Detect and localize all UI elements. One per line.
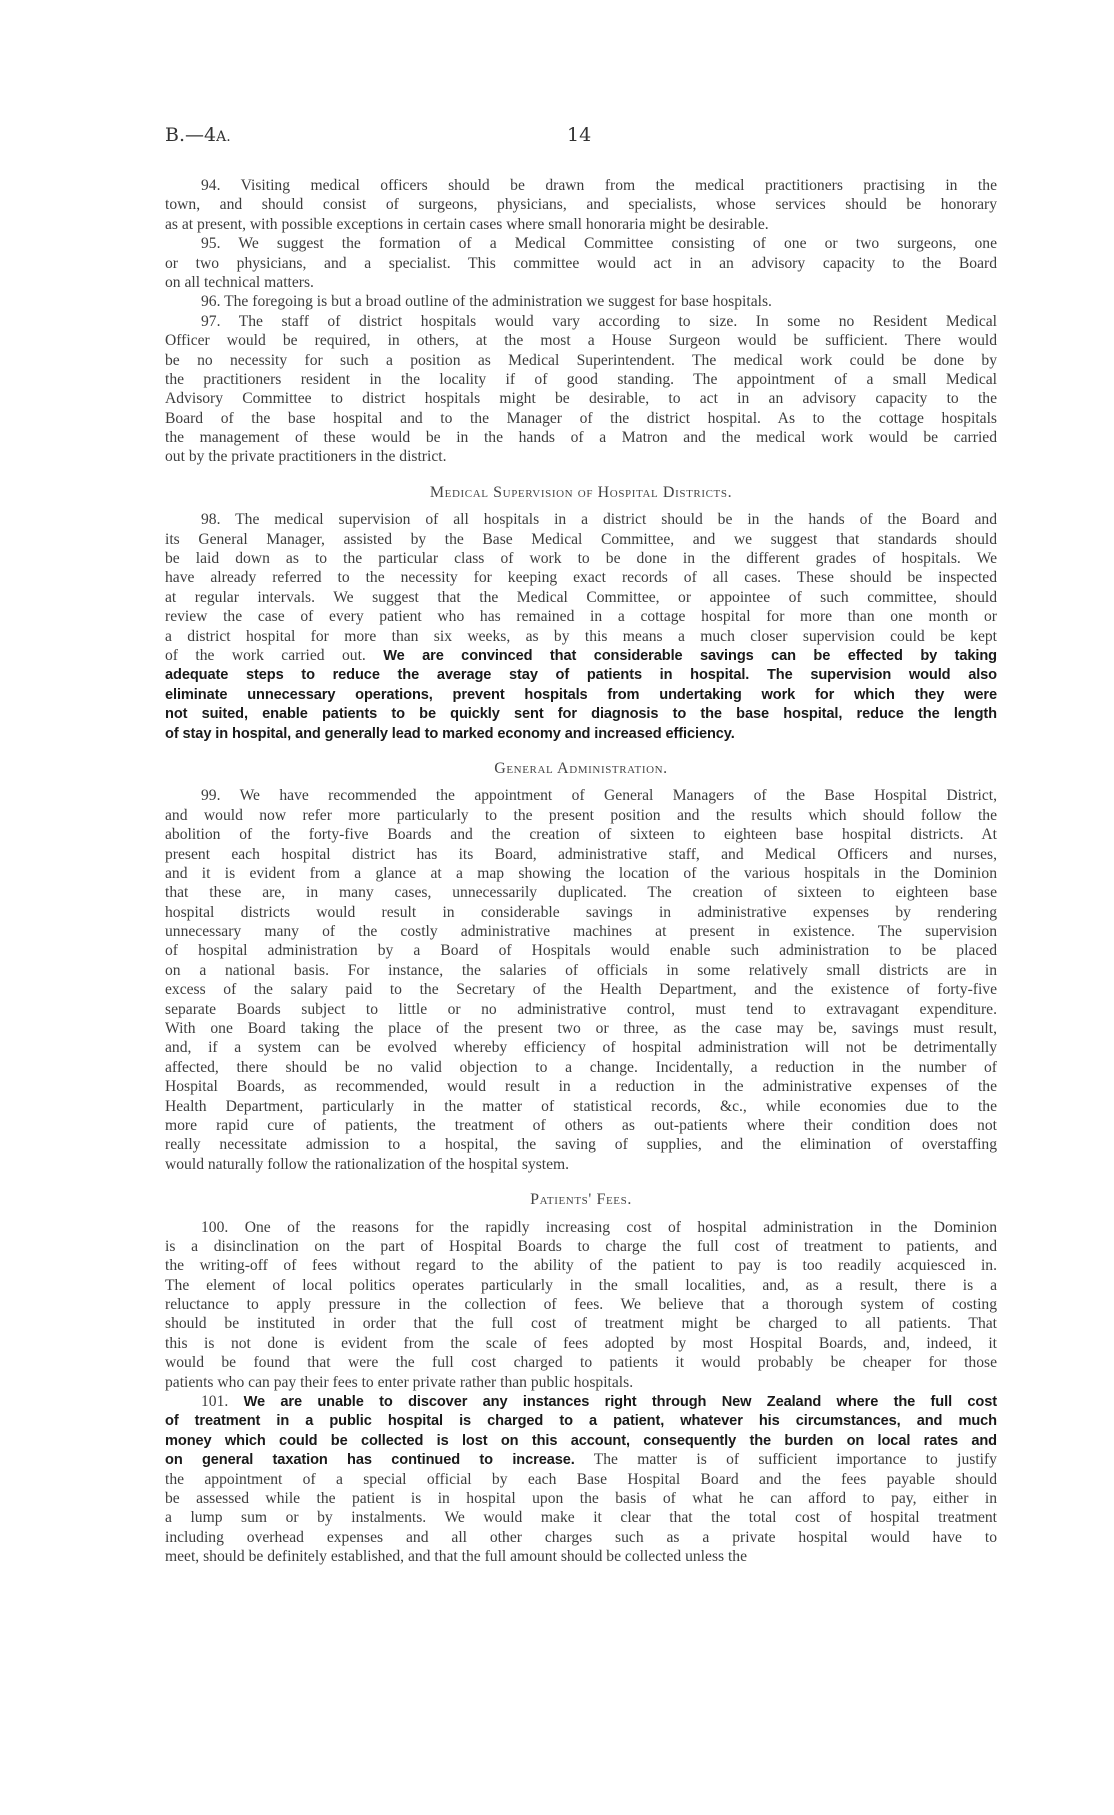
text-line: 99. We have recommended the appointment … [165, 786, 997, 805]
text-line: on general taxation has continued to inc… [165, 1450, 997, 1469]
text-line: hospital districts would result in consi… [165, 903, 997, 922]
text-line: that these are, in many cases, unnecessa… [165, 883, 997, 902]
text-line: adequate steps to reduce the average sta… [165, 665, 997, 684]
paragraph-94: 94. Visiting medical officers should be … [165, 176, 997, 234]
body-text: 99. We have recommended the appointment … [201, 787, 997, 804]
text-line: 101. We are unable to discover any insta… [165, 1392, 997, 1411]
body-text: affected, there should be no valid objec… [165, 1059, 997, 1076]
body-text: its General Manager, assisted by the Bas… [165, 531, 997, 548]
text-line: review the case of every patient who has… [165, 607, 997, 626]
section-heading: Patients' Fees. [165, 1190, 997, 1209]
text-line: The element of local politics operates p… [165, 1276, 997, 1295]
body-text: the practitioners resident in the locali… [165, 371, 997, 388]
body-text: Board of the base hospital and to the Ma… [165, 410, 997, 427]
body-text: at regular intervals. We suggest that th… [165, 589, 997, 606]
text-line: have already referred to the necessity f… [165, 568, 997, 587]
body-text: that these are, in many cases, unnecessa… [165, 884, 997, 901]
text-line: 96. The foregoing is but a broad outline… [165, 292, 997, 311]
body-text: of the work carried out. [165, 647, 383, 664]
text-line: Officer would be required, in others, at… [165, 331, 997, 350]
body-text: Advisory Committee to district hospitals… [165, 390, 997, 407]
body-text: Officer would be required, in others, at… [165, 332, 997, 349]
text-line: and would now refer more particularly to… [165, 806, 997, 825]
body-text: The element of local politics operates p… [165, 1277, 997, 1294]
body-text: on a national basis. For instance, the s… [165, 962, 997, 979]
text-line: present each hospital district has its B… [165, 845, 997, 864]
body-text: more rapid cure of patients, the treatme… [165, 1117, 997, 1134]
body-text: unnecessary many of the costly administr… [165, 923, 997, 940]
text-line: should be instituted in order that the f… [165, 1314, 997, 1333]
body-text: would naturally follow the rationalizati… [165, 1156, 569, 1173]
body-text: and it is evident from a glance at a map… [165, 865, 997, 882]
text-line: not suited, enable patients to be quickl… [165, 704, 997, 723]
emphasized-text: We are unable to discover any instances … [244, 1394, 997, 1410]
text-line: Advisory Committee to district hospitals… [165, 389, 997, 408]
text-line: this is not done is evident from the sca… [165, 1334, 997, 1353]
body-text: be assessed while the patient is in hosp… [165, 1490, 997, 1507]
text-line: is a disinclination on the part of Hospi… [165, 1237, 997, 1256]
text-line: out by the private practitioners in the … [165, 447, 997, 466]
body-text: a district hospital for more than six we… [165, 628, 997, 645]
emphasized-text: money which could be collected is lost o… [165, 1433, 997, 1449]
text-line: be no necessity for such a position as M… [165, 351, 997, 370]
body-text: reluctance to apply pressure in the coll… [165, 1296, 997, 1313]
body-text: would be found that were the full cost c… [165, 1354, 997, 1371]
emphasized-text: eliminate unnecessary operations, preven… [165, 687, 997, 703]
paragraph-96: 96. The foregoing is but a broad outline… [165, 292, 997, 311]
emphasized-text: of stay in hospital, and generally lead … [165, 726, 735, 742]
paragraph-100: 100. One of the reasons for the rapidly … [165, 1218, 997, 1393]
body-text: 95. We suggest the formation of a Medica… [201, 235, 997, 252]
text-line: including overhead expenses and all othe… [165, 1528, 997, 1547]
text-line: reluctance to apply pressure in the coll… [165, 1295, 997, 1314]
text-line: Board of the base hospital and to the Ma… [165, 409, 997, 428]
body-text: Health Department, particularly in the m… [165, 1098, 997, 1115]
text-line: meet, should be definitely established, … [165, 1547, 997, 1566]
text-line: separate Boards subject to little or no … [165, 1000, 997, 1019]
text-line: affected, there should be no valid objec… [165, 1058, 997, 1077]
body-text: the writing-off of fees without regard t… [165, 1257, 997, 1274]
text-line: on all technical matters. [165, 273, 997, 292]
text-line: and it is evident from a glance at a map… [165, 864, 997, 883]
text-line: Hospital Boards, as recommended, would r… [165, 1077, 997, 1096]
text-line: Health Department, particularly in the m… [165, 1097, 997, 1116]
text-line: be laid down as to the particular class … [165, 549, 997, 568]
body-text: 98. The medical supervision of all hospi… [201, 511, 997, 528]
body-text: 100. One of the reasons for the rapidly … [201, 1219, 997, 1236]
document-reference-suffix: A. [216, 129, 231, 145]
emphasized-text: not suited, enable patients to be quickl… [165, 706, 997, 722]
text-line: 94. Visiting medical officers should be … [165, 176, 997, 195]
text-line: would naturally follow the rationalizati… [165, 1155, 997, 1174]
text-line: money which could be collected is lost o… [165, 1431, 997, 1450]
emphasized-text: We are convinced that considerable savin… [383, 648, 997, 664]
document-reference-main: B.—4 [165, 124, 216, 146]
text-line: unnecessary many of the costly administr… [165, 922, 997, 941]
document-body: 94. Visiting medical officers should be … [165, 176, 997, 1567]
body-text: patients who can pay their fees to enter… [165, 1374, 633, 1391]
body-text: is a disinclination on the part of Hospi… [165, 1238, 997, 1255]
body-text: have already referred to the necessity f… [165, 569, 997, 586]
body-text: as at present, with possible exceptions … [165, 216, 769, 233]
body-text: including overhead expenses and all othe… [165, 1529, 997, 1546]
paragraph-98: 98. The medical supervision of all hospi… [165, 510, 997, 743]
emphasized-text: of treatment in a public hospital is cha… [165, 1413, 997, 1429]
paragraph-99: 99. We have recommended the appointment … [165, 786, 997, 1174]
text-line: more rapid cure of patients, the treatme… [165, 1116, 997, 1135]
section-heading: General Administration. [165, 759, 997, 778]
page-number: 14 [567, 124, 591, 146]
document-page: B.—4A. 14 94. Visiting medical officers … [0, 0, 1114, 1815]
body-text: 94. Visiting medical officers should be … [201, 177, 997, 194]
body-text: be laid down as to the particular class … [165, 550, 997, 567]
body-text: hospital districts would result in consi… [165, 904, 997, 921]
text-line: the management of these would be in the … [165, 428, 997, 447]
body-text: 96. The foregoing is but a broad outline… [201, 293, 772, 310]
body-text: and, if a system can be evolved whereby … [165, 1039, 997, 1056]
body-text: present each hospital district has its B… [165, 846, 997, 863]
text-line: With one Board taking the place of the p… [165, 1019, 997, 1038]
text-line: the writing-off of fees without regard t… [165, 1256, 997, 1275]
body-text: on all technical matters. [165, 274, 314, 291]
body-text: With one Board taking the place of the p… [165, 1020, 997, 1037]
text-line: of stay in hospital, and generally lead … [165, 724, 997, 743]
text-line: its General Manager, assisted by the Bas… [165, 530, 997, 549]
text-line: abolition of the forty-five Boards and t… [165, 825, 997, 844]
text-line: patients who can pay their fees to enter… [165, 1373, 997, 1392]
body-text: excess of the salary paid to the Secreta… [165, 981, 997, 998]
text-line: 100. One of the reasons for the rapidly … [165, 1218, 997, 1237]
body-text: be no necessity for such a position as M… [165, 352, 997, 369]
body-text: town, and should consist of surgeons, ph… [165, 196, 997, 213]
body-text: out by the private practitioners in the … [165, 448, 446, 465]
body-text: meet, should be definitely established, … [165, 1548, 747, 1565]
text-line: would be found that were the full cost c… [165, 1353, 997, 1372]
text-line: a lump sum or by instalments. We would m… [165, 1508, 997, 1527]
text-line: 97. The staff of district hospitals woul… [165, 312, 997, 331]
text-line: of treatment in a public hospital is cha… [165, 1411, 997, 1430]
body-text: or two physicians, and a specialist. Thi… [165, 255, 997, 272]
body-text: should be instituted in order that the f… [165, 1315, 997, 1332]
paragraph-95: 95. We suggest the formation of a Medica… [165, 234, 997, 292]
text-line: and, if a system can be evolved whereby … [165, 1038, 997, 1057]
document-reference: B.—4A. [165, 124, 231, 146]
emphasized-text: on general taxation has continued to inc… [165, 1452, 575, 1468]
body-text: abolition of the forty-five Boards and t… [165, 826, 997, 843]
text-line: the appointment of a special official by… [165, 1470, 997, 1489]
body-text: the management of these would be in the … [165, 429, 997, 446]
paragraph-101: 101. We are unable to discover any insta… [165, 1392, 997, 1567]
text-line: excess of the salary paid to the Secreta… [165, 980, 997, 999]
text-line: be assessed while the patient is in hosp… [165, 1489, 997, 1508]
text-line: the practitioners resident in the locali… [165, 370, 997, 389]
body-text: The matter is of sufficient importance t… [575, 1451, 997, 1468]
emphasized-text: adequate steps to reduce the average sta… [165, 667, 997, 683]
body-text: and would now refer more particularly to… [165, 807, 997, 824]
text-line: town, and should consist of surgeons, ph… [165, 195, 997, 214]
body-text: really necessitate admission to a hospit… [165, 1136, 997, 1153]
body-text: separate Boards subject to little or no … [165, 1001, 997, 1018]
body-text: the appointment of a special official by… [165, 1471, 997, 1488]
section-heading: Medical Supervision of Hospital District… [165, 483, 997, 502]
text-line: eliminate unnecessary operations, preven… [165, 685, 997, 704]
text-line: of the work carried out. We are convince… [165, 646, 997, 665]
body-text: review the case of every patient who has… [165, 608, 997, 625]
text-line: a district hospital for more than six we… [165, 627, 997, 646]
text-line: as at present, with possible exceptions … [165, 215, 997, 234]
text-line: on a national basis. For instance, the s… [165, 961, 997, 980]
text-line: of hospital administration by a Board of… [165, 941, 997, 960]
text-line: at regular intervals. We suggest that th… [165, 588, 997, 607]
text-line: 95. We suggest the formation of a Medica… [165, 234, 997, 253]
body-text: Hospital Boards, as recommended, would r… [165, 1078, 997, 1095]
text-line: 98. The medical supervision of all hospi… [165, 510, 997, 529]
body-text: 101. [201, 1393, 244, 1410]
body-text: this is not done is evident from the sca… [165, 1335, 997, 1352]
body-text: of hospital administration by a Board of… [165, 942, 997, 959]
text-line: really necessitate admission to a hospit… [165, 1135, 997, 1154]
body-text: 97. The staff of district hospitals woul… [201, 313, 997, 330]
running-header: B.—4A. 14 [165, 124, 997, 148]
body-text: a lump sum or by instalments. We would m… [165, 1509, 997, 1526]
text-line: or two physicians, and a specialist. Thi… [165, 254, 997, 273]
paragraph-97: 97. The staff of district hospitals woul… [165, 312, 997, 467]
